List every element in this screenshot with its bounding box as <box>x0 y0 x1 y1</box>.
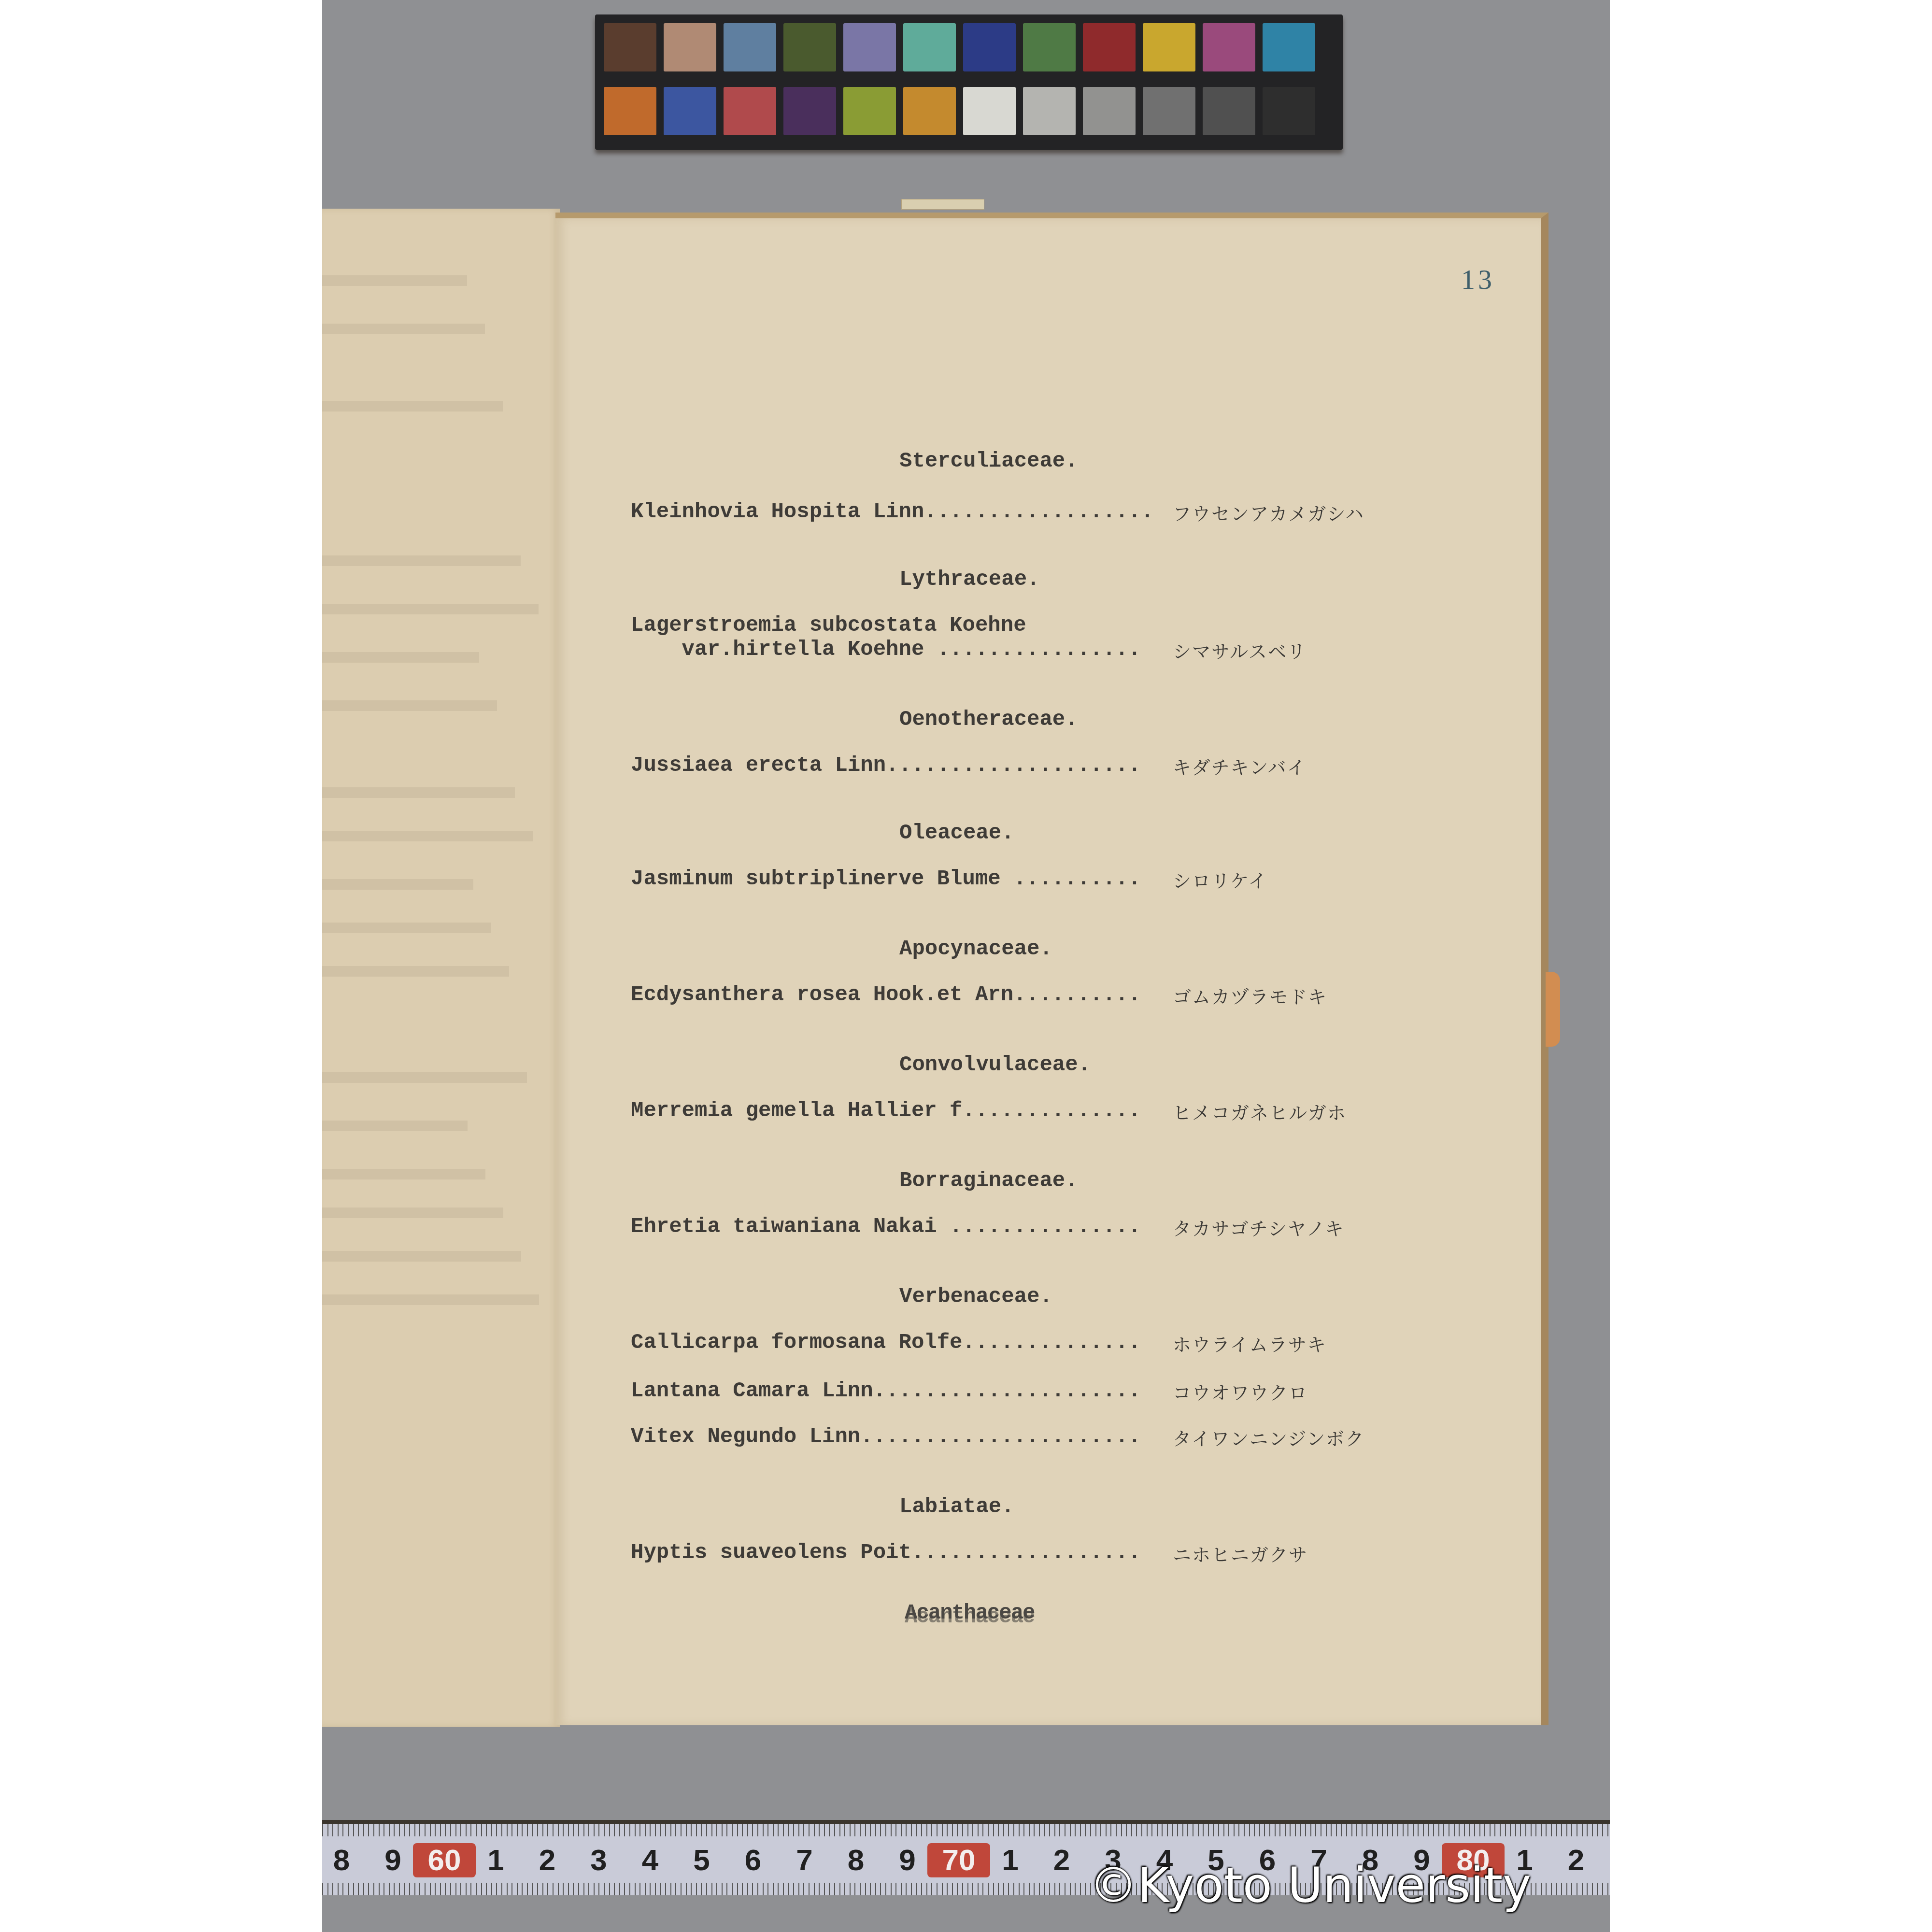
ruler-label: 4 <box>626 1843 674 1877</box>
ruler-label: 7 <box>781 1843 829 1877</box>
ruler-label: 6 <box>729 1843 777 1877</box>
japanese-name: キダチキンバイ <box>1173 753 1307 779</box>
color-swatch <box>1023 87 1076 135</box>
family-heading: Oleaceae. <box>899 821 1014 845</box>
color-swatch <box>843 87 896 135</box>
species-entry: Kleinhovia Hospita Linn.................… <box>631 500 1154 524</box>
color-checker-row-2 <box>604 87 1315 135</box>
japanese-name: ホウライムラサキ <box>1173 1330 1327 1356</box>
color-swatch <box>783 87 836 135</box>
color-swatch <box>1083 23 1136 71</box>
color-swatch <box>1263 87 1315 135</box>
ruler-label: 60 <box>413 1843 476 1877</box>
species-entry: Callicarpa formosana Rolfe.............. <box>631 1331 1141 1355</box>
species-entry: Ehretia taiwaniana Nakai ............... <box>631 1215 1141 1239</box>
family-heading: Lythraceae. <box>899 568 1039 592</box>
bleed-through-text <box>322 831 533 841</box>
color-swatch <box>843 23 896 71</box>
bleed-through-text <box>322 275 467 286</box>
bleed-through-text <box>322 324 485 334</box>
ruler-label: 3 <box>575 1843 623 1877</box>
ruler-label: 2 <box>1552 1843 1600 1877</box>
bleed-through-text <box>322 1251 521 1262</box>
ruler-label: 5 <box>678 1843 726 1877</box>
family-heading: Verbenaceae. <box>899 1285 1052 1309</box>
color-swatch <box>1143 23 1195 71</box>
bleed-through-text <box>322 923 491 933</box>
bleed-through-text <box>322 700 497 711</box>
color-swatch <box>724 87 776 135</box>
bleed-through-text <box>322 1294 539 1305</box>
color-swatch <box>1083 87 1136 135</box>
color-swatch <box>724 23 776 71</box>
family-heading: Labiatae. <box>899 1495 1014 1519</box>
japanese-name: タイワンニンジンボク <box>1173 1424 1364 1450</box>
bleed-through-text <box>322 604 539 614</box>
copyright-watermark: ©Kyoto University <box>1089 1857 1531 1914</box>
color-swatch <box>783 23 836 71</box>
color-swatch <box>604 87 656 135</box>
color-swatch <box>1203 87 1255 135</box>
bleed-through-text <box>322 1207 503 1218</box>
ruler-label: 70 <box>927 1843 990 1877</box>
ruler-label: 1 <box>986 1843 1035 1877</box>
color-swatch <box>963 87 1016 135</box>
color-checker <box>595 14 1343 150</box>
ruler-label: 8 <box>832 1843 880 1877</box>
family-heading: Borraginaceae. <box>899 1169 1078 1193</box>
family-heading: Sterculiaceae. <box>899 449 1078 473</box>
page-number: 13 <box>1461 263 1495 296</box>
color-swatch <box>1263 23 1315 71</box>
japanese-name: ニホヒニガクサ <box>1173 1540 1308 1566</box>
color-swatch <box>1023 23 1076 71</box>
ruler-label: 2 <box>1037 1843 1086 1877</box>
color-swatch <box>664 23 716 71</box>
bleed-through-text <box>322 1072 527 1083</box>
bleed-through-text <box>322 1121 468 1131</box>
color-swatch <box>604 23 656 71</box>
ruler-label: 9 <box>369 1843 417 1877</box>
japanese-name: シマサルスベリ <box>1173 637 1307 663</box>
color-checker-row-1 <box>604 23 1315 71</box>
species-entry: Merremia gemella Hallier f.............. <box>631 1099 1141 1123</box>
species-entry: Hyptis suaveolens Poit.................. <box>631 1541 1141 1565</box>
color-swatch <box>1143 87 1195 135</box>
bleed-through-text <box>322 555 521 566</box>
family-heading: Convolvulaceae. <box>899 1053 1091 1077</box>
color-swatch <box>903 23 956 71</box>
ruler-label: 9 <box>883 1843 932 1877</box>
family-heading: Apocynaceae. <box>899 937 1052 961</box>
japanese-name: シロリケイ <box>1173 866 1268 893</box>
struck-heading: Acanthaceae <box>905 1601 1034 1625</box>
color-swatch <box>664 87 716 135</box>
bleed-through-text <box>322 1169 485 1179</box>
color-swatch <box>1203 23 1255 71</box>
side-tab <box>1546 972 1560 1047</box>
japanese-name: ゴムカヅラモドキ <box>1173 982 1327 1009</box>
ruler-label: 1 <box>472 1843 520 1877</box>
species-entry: Vitex Negundo Linn...................... <box>631 1425 1141 1449</box>
bleed-through-text <box>322 879 473 890</box>
family-heading: Oenotheraceae. <box>899 708 1078 732</box>
species-entry: var.hirtella Koehne ................ <box>631 638 1141 662</box>
paper-slip <box>901 199 984 210</box>
bleed-through-text <box>322 652 479 663</box>
right-page <box>555 213 1548 1725</box>
species-entry: Ecdysanthera rosea Hook.et Arn.......... <box>631 983 1141 1007</box>
color-swatch <box>963 23 1016 71</box>
bleed-through-text <box>322 401 503 412</box>
bleed-through-text <box>322 787 515 798</box>
japanese-name: フウセンアカメガシハ <box>1173 499 1364 526</box>
japanese-name: ヒメコガネヒルガホ <box>1173 1098 1347 1124</box>
bleed-through-text <box>322 966 509 977</box>
left-page <box>322 209 560 1727</box>
species-entry: Jussiaea erecta Linn.................... <box>631 753 1141 778</box>
species-entry: Jasminum subtriplinerve Blume .......... <box>631 867 1141 891</box>
species-entry: Lagerstroemia subcostata Koehne <box>631 613 1026 638</box>
japanese-name: コウオワウクロ <box>1173 1378 1308 1405</box>
ruler-label: 8 <box>317 1843 366 1877</box>
species-entry: Lantana Camara Linn..................... <box>631 1379 1141 1403</box>
ruler-label: 2 <box>523 1843 571 1877</box>
japanese-name: タカサゴチシヤノキ <box>1173 1214 1344 1240</box>
color-swatch <box>903 87 956 135</box>
